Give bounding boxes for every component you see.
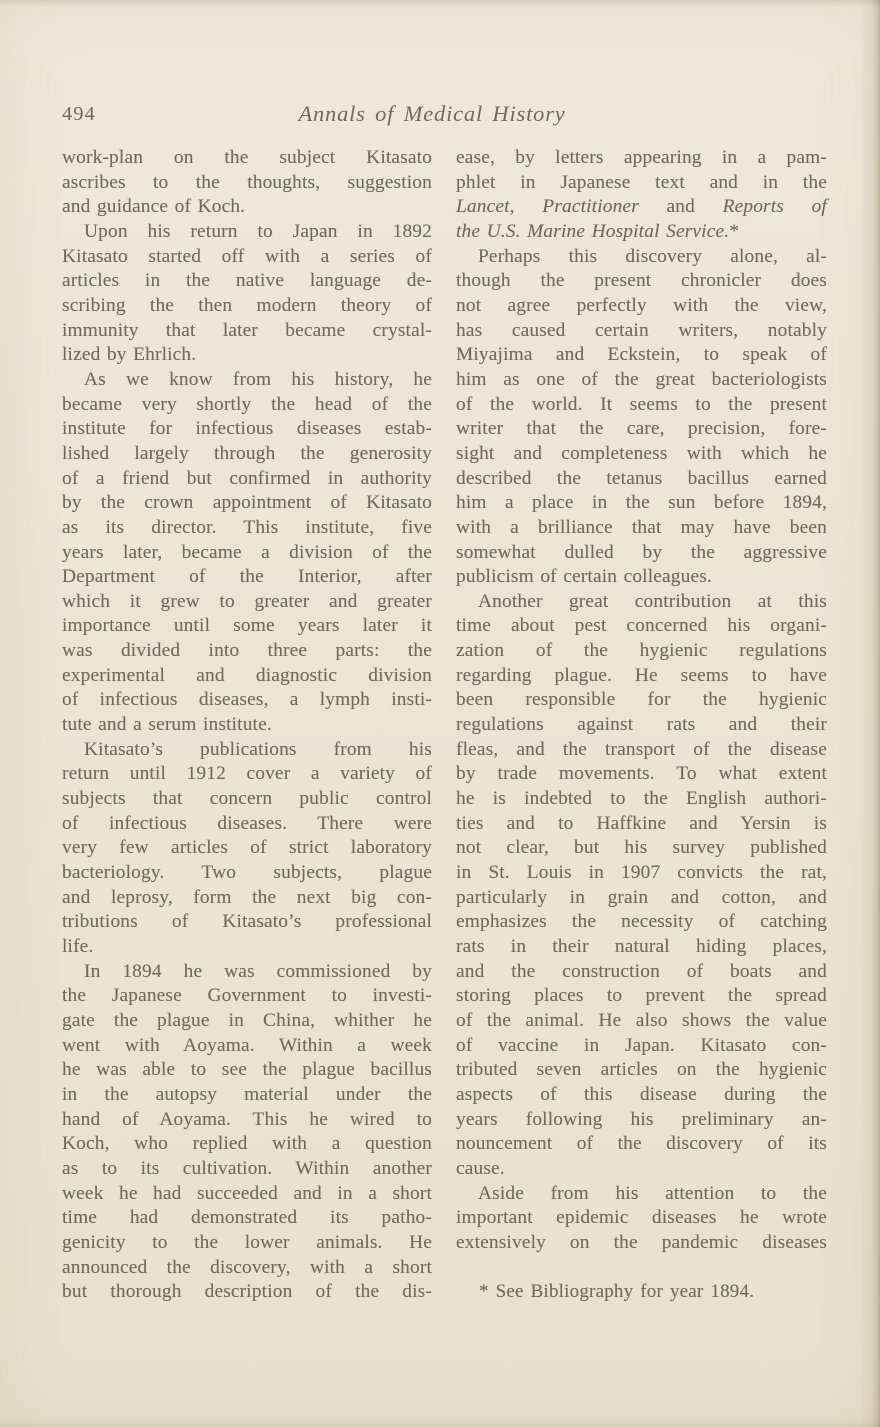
text-line: became very shortly the head of the [62, 393, 432, 418]
text-line: of a friend but confirmed in authority [62, 467, 432, 492]
text-line: Aside from his attention to the [456, 1182, 827, 1207]
text-line: week he had succeeded and in a short [62, 1182, 432, 1207]
text-line: gate the plague in China, whither he [62, 1009, 432, 1034]
text-line: immunity that later became crystal- [62, 319, 432, 344]
text-line: phlet in Japanese text and in the [456, 171, 827, 196]
text-line: fleas, and the transport of the disease [456, 738, 827, 763]
text-line: though the present chronicler does [456, 269, 827, 294]
text-line: publicism of certain colleagues. [456, 565, 827, 590]
text-line: he is indebted to the English authori- [456, 787, 827, 812]
text-line: Department of the Interior, after [62, 565, 432, 590]
text-line: years following his preliminary an- [456, 1108, 827, 1133]
text-line: as to its cultivation. Within another [62, 1157, 432, 1182]
text-line: Miyajima and Eckstein, to speak of [456, 343, 827, 368]
text-line: the U.S. Marine Hospital Service.* [456, 220, 827, 245]
text-line: been responsible for the hygienic [456, 688, 827, 713]
italic-text-segment: the U.S. Marine Hospital Service. [456, 221, 729, 242]
text-line: genicity to the lower animals. He [62, 1231, 432, 1256]
text-line: bacteriology. Two subjects, plague [62, 861, 432, 886]
text-line: ascribes to the thoughts, suggestion [62, 171, 432, 196]
text-line: time about pest concerned his organi- [456, 614, 827, 639]
text-line: and the construction of boats and [456, 960, 827, 985]
text-line: subjects that concern public control [62, 787, 432, 812]
text-line: experimental and diagnostic division [62, 664, 432, 689]
text-line: sight and completeness with which he [456, 442, 827, 467]
text-line: him as one of the great bacteriologists [456, 368, 827, 393]
text-line: in the autopsy material under the [62, 1083, 432, 1108]
text-line: very few articles of strict laboratory [62, 836, 432, 861]
text-line: institute for infectious diseases estab- [62, 417, 432, 442]
text-line: the Japanese Government to investi- [62, 984, 432, 1009]
text-line: tributions of Kitasato’s professional [62, 910, 432, 935]
text-line: Upon his return to Japan in 1892 [62, 220, 432, 245]
text-line: not clear, but his survey published [456, 836, 827, 861]
italic-text-segment: Reports of [723, 196, 827, 217]
text-line: life. [62, 935, 432, 960]
text-line: hand of Aoyama. This he wired to [62, 1108, 432, 1133]
text-line: regulations against rats and their [456, 713, 827, 738]
text-line: extensively on the pandemic diseases [456, 1231, 827, 1256]
text-line: not agree perfectly with the view, [456, 294, 827, 319]
text-line: As we know from his history, he [62, 368, 432, 393]
text-line: regarding plague. He seems to have [456, 664, 827, 689]
text-line: which it grew to greater and greater [62, 590, 432, 615]
text-line: went with Aoyama. Within a week [62, 1034, 432, 1059]
scanned-journal-page: 494 Annals of Medical History work-plan … [0, 0, 880, 1427]
text-line: of vaccine in Japan. Kitasato con- [456, 1034, 827, 1059]
text-line: Kitasato’s publications from his [62, 738, 432, 763]
text-line: articles in the native language de- [62, 269, 432, 294]
text-line: was divided into three parts: the [62, 639, 432, 664]
text-line: Koch, who replied with a question [62, 1132, 432, 1157]
text-line: years later, became a division of the [62, 541, 432, 566]
text-line: scribing the then modern theory of [62, 294, 432, 319]
text-line: him a place in the sun before 1894, [456, 491, 827, 516]
italic-text-segment: Lancet, Practitioner [456, 196, 639, 217]
text-line: Lancet, Practitioner and Reports of [456, 195, 827, 220]
footnote: * See Bibliography for year 1894. [479, 1281, 754, 1303]
text-line: storing places to prevent the spread [456, 984, 827, 1009]
text-line: rats in their natural hiding places, [456, 935, 827, 960]
text-line: described the tetanus bacillus earned [456, 467, 827, 492]
text-line: work-plan on the subject Kitasato [62, 146, 432, 171]
text-line: tute and a serum institute. [62, 713, 432, 738]
text-line: Kitasato started off with a series of [62, 245, 432, 270]
text-line: particularly in grain and cotton, and [456, 886, 827, 911]
page-right-edge-shadow [860, 0, 880, 1427]
text-line: time had demonstrated its patho- [62, 1206, 432, 1231]
text-segment: and [639, 196, 723, 217]
text-line: lized by Ehrlich. [62, 343, 432, 368]
text-line: but thorough description of the dis- [62, 1280, 432, 1305]
page-top-shadow [0, 0, 880, 7]
text-line: aspects of this disease during the [456, 1083, 827, 1108]
text-line: emphasizes the necessity of catching [456, 910, 827, 935]
text-line: In 1894 he was commissioned by [62, 960, 432, 985]
running-header: Annals of Medical History [0, 101, 864, 127]
text-line: Perhaps this discovery alone, al- [456, 245, 827, 270]
text-line: nouncement of the discovery of its [456, 1132, 827, 1157]
text-line: ties and to Haffkine and Yersin is [456, 812, 827, 837]
right-text-column: ease, by letters appearing in a pam-phle… [456, 146, 827, 1256]
text-line: with a brilliance that may have been [456, 516, 827, 541]
text-line: has caused certain writers, notably [456, 319, 827, 344]
text-line: somewhat dulled by the aggressive [456, 541, 827, 566]
text-line: by trade movements. To what extent [456, 762, 827, 787]
left-text-column: work-plan on the subject Kitasatoascribe… [62, 146, 432, 1305]
text-line: of infectious diseases. There were [62, 812, 432, 837]
text-segment: * [729, 221, 739, 242]
page-bottom-shadow [0, 1417, 880, 1427]
text-line: by the crown appointment of Kitasato [62, 491, 432, 516]
text-line: of infectious diseases, a lymph insti- [62, 688, 432, 713]
text-line: return until 1912 cover a variety of [62, 762, 432, 787]
text-line: important epidemic diseases he wrote [456, 1206, 827, 1231]
text-line: cause. [456, 1157, 827, 1182]
text-line: of the animal. He also shows the value [456, 1009, 827, 1034]
text-line: writer that the care, precision, fore- [456, 417, 827, 442]
text-line: lished largely through the generosity [62, 442, 432, 467]
text-line: announced the discovery, with a short [62, 1256, 432, 1281]
text-line: as its director. This institute, five [62, 516, 432, 541]
text-line: in St. Louis in 1907 convicts the rat, [456, 861, 827, 886]
text-line: Another great contribution at this [456, 590, 827, 615]
text-line: and leprosy, form the next big con- [62, 886, 432, 911]
text-line: tributed seven articles on the hygienic [456, 1058, 827, 1083]
text-line: importance until some years later it [62, 614, 432, 639]
text-line: and guidance of Koch. [62, 195, 432, 220]
text-line: zation of the hygienic regulations [456, 639, 827, 664]
text-line: of the world. It seems to the present [456, 393, 827, 418]
text-line: he was able to see the plague bacillus [62, 1058, 432, 1083]
text-line: ease, by letters appearing in a pam- [456, 146, 827, 171]
